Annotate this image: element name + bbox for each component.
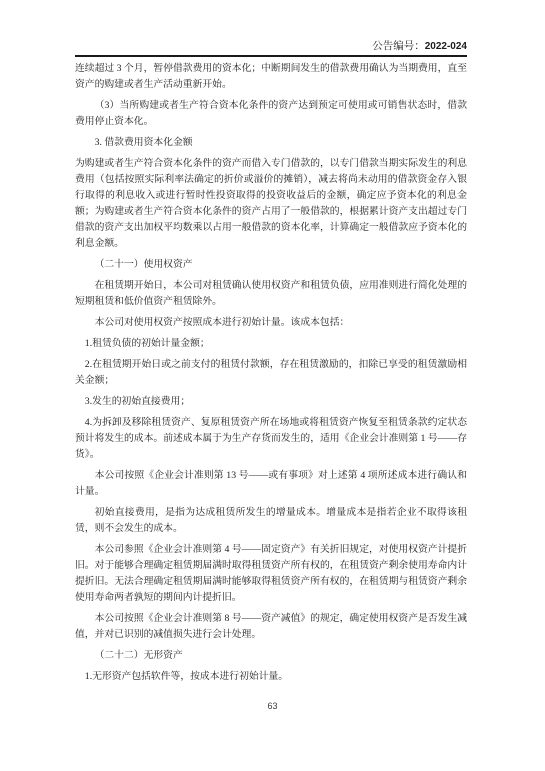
- body-paragraph: （3）当所购建或者生产符合资本化条件的资产达到预定可使用或可销售状态时，借款费用…: [75, 98, 467, 130]
- body-paragraph: 连续超过 3 个月，暂停借款费用的资本化；中断期间发生的借款费用确认为当期费用，…: [75, 61, 467, 93]
- page-header: 公告编号：2022-024: [75, 40, 467, 54]
- body-paragraph: 本公司按照《企业会计准则第 13 号——或有事项》对上述第 4 项所述成本进行确…: [75, 468, 467, 500]
- body-paragraph: 本公司按照《企业会计准则第 8 号——资产减值》的规定，确定使用权资产是否发生减…: [75, 611, 467, 643]
- body-paragraph: （二十一）使用权资产: [75, 257, 467, 273]
- body-paragraph: （二十二）无形资产: [75, 648, 467, 664]
- page-number: 63: [0, 701, 545, 711]
- body-paragraph: 本公司对使用权资产按照成本进行初始计量。该成本包括：: [75, 315, 467, 331]
- header-rule: [75, 55, 467, 57]
- announcement-number-label: 公告编号：: [372, 41, 425, 52]
- body-paragraph: 2.在租赁期开始日或之前支付的租赁付款额，存在租赁激励的，扣除已享受的租赁激励相…: [75, 357, 467, 389]
- body-paragraph: 4.为拆卸及移除租赁资产、复原租赁资产所在场地或将租赁资产恢复至租赁条款约定状态…: [75, 415, 467, 463]
- body-paragraph: 1.租赁负债的初始计量金额；: [75, 336, 467, 352]
- body-paragraph: 为购建或者生产符合资本化条件的资产而借入专门借款的，以专门借款当期实际发生的利息…: [75, 156, 467, 252]
- body-paragraph: 初始直接费用，是指为达成租赁所发生的增量成本。增量成本是指若企业不取得该租赁，则…: [75, 505, 467, 537]
- body-paragraph: 本公司参照《企业会计准则第 4 号——固定资产》有关折旧规定，对使用权资产计提折…: [75, 542, 467, 606]
- body-paragraph: 3. 借款费用资本化金额: [75, 135, 467, 151]
- announcement-number-value: 2022-024: [425, 41, 467, 52]
- document-body: 连续超过 3 个月，暂停借款费用的资本化；中断期间发生的借款费用确认为当期费用，…: [75, 61, 467, 690]
- body-paragraph: 1.无形资产包括软件等，按成本进行初始计量。: [75, 669, 467, 685]
- body-paragraph: 在租赁期开始日，本公司对租赁确认使用权资产和租赁负债，应用准则进行简化处理的短期…: [75, 278, 467, 310]
- body-paragraph: 3.发生的初始直接费用；: [75, 394, 467, 410]
- document-page: 公告编号：2022-024 连续超过 3 个月，暂停借款费用的资本化；中断期间发…: [0, 0, 545, 771]
